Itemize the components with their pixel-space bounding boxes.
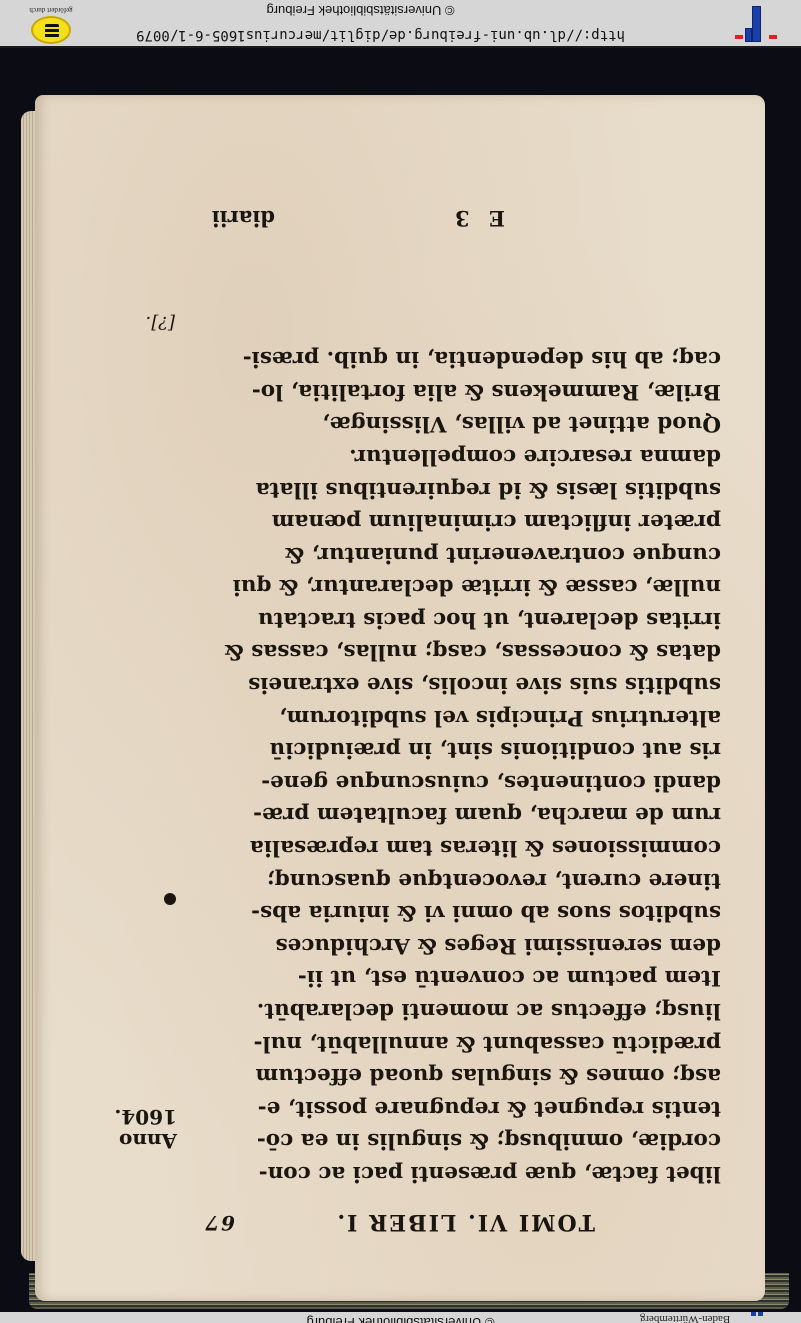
state-seal-icon	[31, 16, 71, 44]
text-line: ris aut conditionis sint, in præiudiciū	[181, 733, 721, 766]
signature-mark: E 3	[449, 206, 505, 231]
text-line: dem serenissimi Reges & Archiduces	[181, 928, 721, 961]
text-line: Brilæ, Rammekens & alia fortalitia, lo-	[181, 374, 721, 407]
text-line: damna resarcire compellentur.	[181, 439, 721, 472]
text-line: commissiones & literas tam repræsalia	[181, 830, 721, 863]
text-line: datas & concessas, casq; nullas, cassas …	[181, 635, 721, 668]
text-line: cordiæ, omnibusq; & singulis in ea cō-	[181, 1124, 721, 1157]
text-line: alterutrius Principis vel subditorum,	[181, 700, 721, 733]
text-line: dandi continentes, cuiuscunque gene-	[181, 765, 721, 798]
page-stack-edge	[21, 111, 35, 1261]
sponsor-region: Baden-Württemberg	[640, 1313, 730, 1323]
text-line: tinere curent, revocentque quascunq;	[181, 863, 721, 896]
text-line: Quod attinet ad villas, Vlissingæ,	[181, 407, 721, 440]
text-line: rum de marcha, quam facultatem præ-	[181, 798, 721, 831]
text-line: Item pactum ac conventū est, ut ii-	[181, 961, 721, 994]
text-line: subditis suis sive incolis, sive extrane…	[181, 668, 721, 701]
text-line: subditis læsis & id requirentibus illata	[181, 472, 721, 505]
text-line: subditos suos ab omni vi & iniuria abs-	[181, 896, 721, 929]
text-line: libet factæ, quæ præsenti paci ac con-	[181, 1156, 721, 1189]
text-line: liusq; effectus ac momenti declarabūt.	[181, 993, 721, 1026]
book-page: TOMI VI. LIBER I. 67 libet factæ, quæ pr…	[35, 95, 765, 1301]
text-line: caq; ab his dependentia, in quib. præsi-	[181, 342, 721, 375]
ink-blot	[164, 893, 176, 905]
text-line: nullæ, cassæ & irritæ declarantur, & qui	[181, 570, 721, 603]
margin-year: 1604.	[114, 1105, 177, 1129]
sponsor-caption: gefördert durch	[28, 6, 74, 14]
running-head-title: TOMI VI. LIBER I.	[335, 1209, 595, 1235]
margin-note: [?].	[146, 312, 175, 333]
body-text: libet factæ, quæ præsenti paci ac con- c…	[181, 342, 721, 1189]
page-number: 67	[203, 1211, 235, 1235]
header-banner: http://dl.ub.uni-freiburg.de/diglit/merc…	[0, 0, 801, 48]
document-viewer: © Universitätsbibliothek Freiburg TOMI V…	[0, 0, 801, 1323]
catchword: diarii	[212, 206, 275, 231]
margin-anno: Anno	[114, 1129, 177, 1153]
permalink-url[interactable]: http://dl.ub.uni-freiburg.de/diglit/merc…	[0, 27, 801, 43]
copyright-notice: © Universitätsbibliothek Freiburg	[0, 3, 801, 18]
text-line: prædictū cassabunt & annullabūt, nul-	[181, 1026, 721, 1059]
text-line: asq; omnes & singulas quoad effectum	[181, 1059, 721, 1092]
text-line: irritas declarent, ut hoc pacis tractatu	[181, 602, 721, 635]
text-line: cunque contravenerint puniantur, &	[181, 537, 721, 570]
library-logo-icon	[747, 1315, 763, 1323]
text-line: præter inflictam criminalium pœnam	[181, 505, 721, 538]
text-line: tentis repugnet & repugnare possit, e-	[181, 1091, 721, 1124]
margin-date: Anno 1604.	[114, 1105, 177, 1153]
sponsor-logo[interactable]: gefördert durch	[28, 2, 74, 44]
